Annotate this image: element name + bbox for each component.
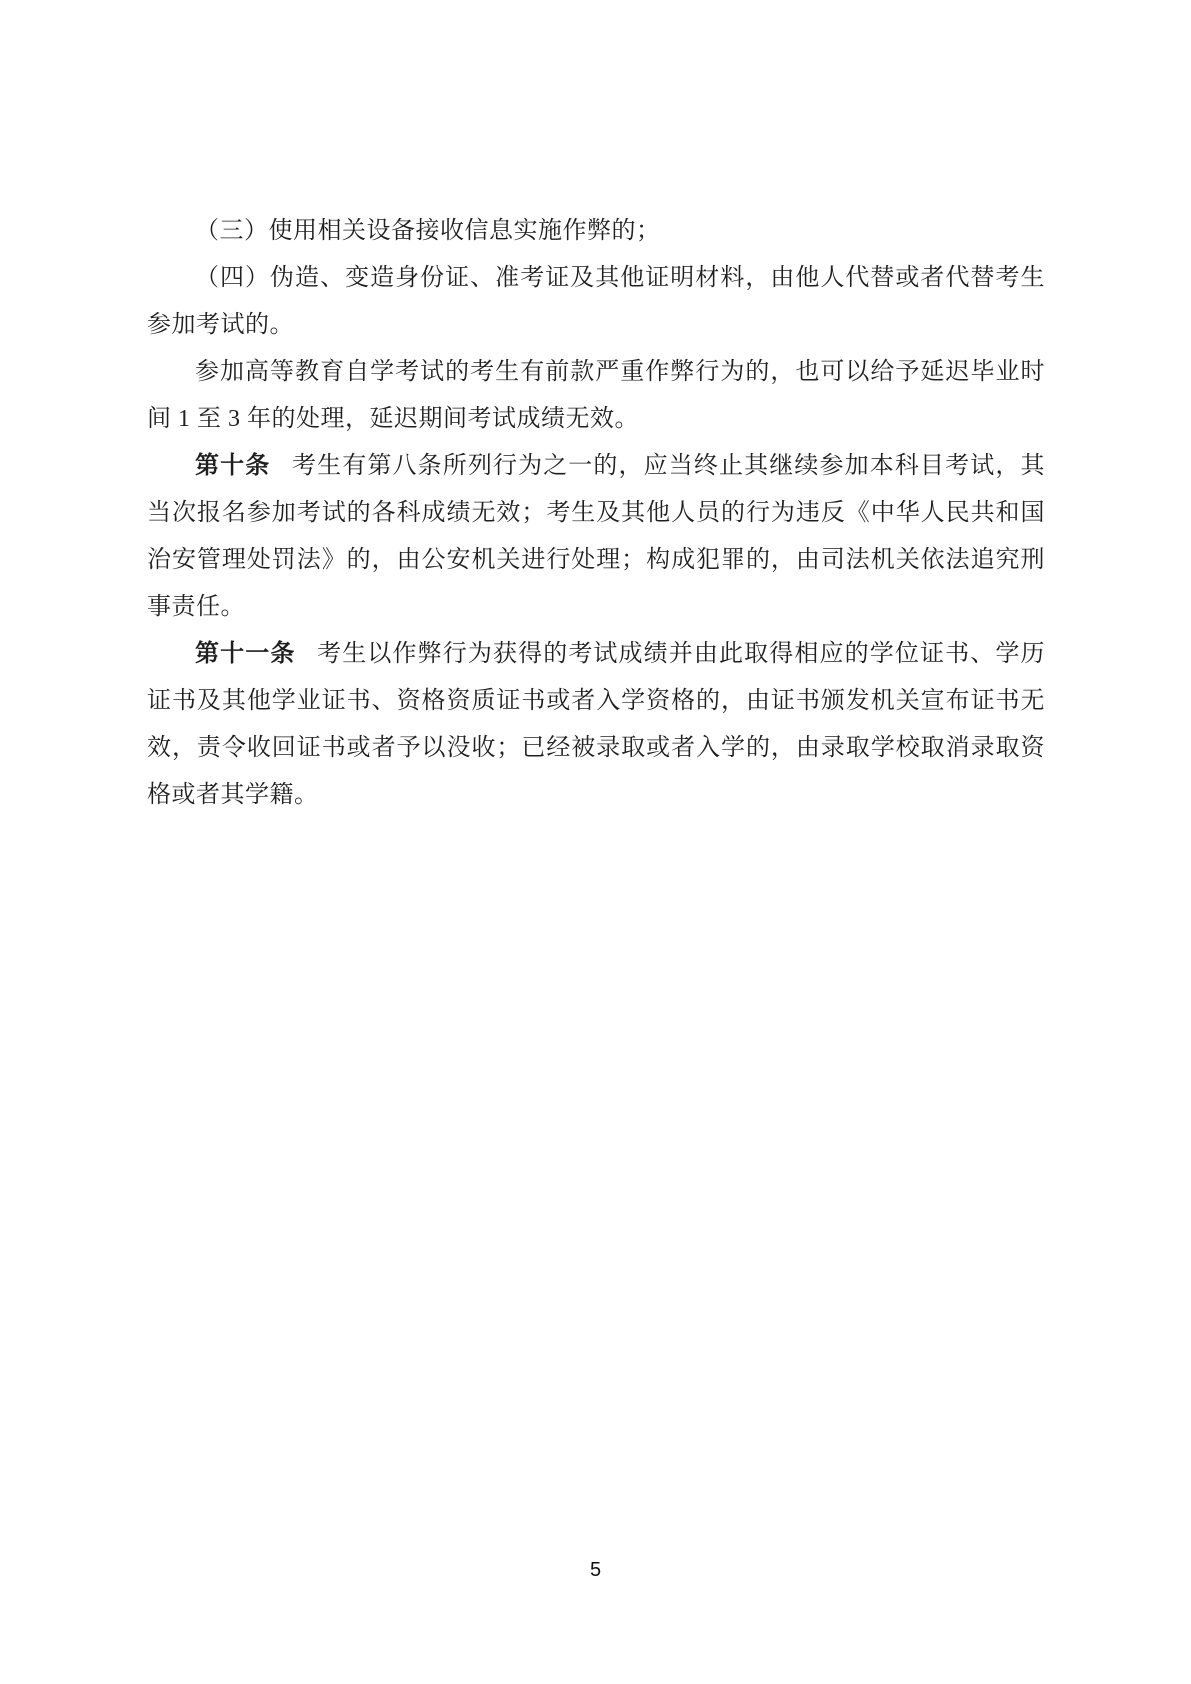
article-number-label: 第十一条 — [195, 641, 296, 667]
paragraph-penalty-extension: 参加高等教育自学考试的考生有前款严重作弊行为的，也可以给予延迟毕业时间 1 至 … — [147, 349, 1045, 443]
paragraph-text: （三）使用相关设备接收信息实施作弊的； — [195, 218, 661, 244]
document-body: （三）使用相关设备接收信息实施作弊的； （四）伪造、变造身份证、准考证及其他证明… — [147, 208, 1045, 819]
paragraph-text: 考生有第八条所列行为之一的，应当终止其继续参加本科目考试，其当次报名参加考试的各… — [147, 453, 1045, 620]
page-number: 5 — [0, 1556, 1191, 1584]
paragraph-article-11: 第十一条考生以作弊行为获得的考试成绩并由此取得相应的学位证书、学历证书及其他学业… — [147, 631, 1045, 819]
paragraph-article-10: 第十条考生有第八条所列行为之一的，应当终止其继续参加本科目考试，其当次报名参加考… — [147, 443, 1045, 631]
document-page: （三）使用相关设备接收信息实施作弊的； （四）伪造、变造身份证、准考证及其他证明… — [0, 0, 1191, 1684]
paragraph-item-4: （四）伪造、变造身份证、准考证及其他证明材料，由他人代替或者代替考生参加考试的。 — [147, 255, 1045, 349]
paragraph-text: 参加高等教育自学考试的考生有前款严重作弊行为的，也可以给予延迟毕业时间 1 至 … — [147, 359, 1045, 432]
article-number-label: 第十条 — [195, 453, 270, 479]
paragraph-item-3: （三）使用相关设备接收信息实施作弊的； — [147, 208, 1045, 255]
paragraph-text: （四）伪造、变造身份证、准考证及其他证明材料，由他人代替或者代替考生参加考试的。 — [147, 265, 1045, 338]
